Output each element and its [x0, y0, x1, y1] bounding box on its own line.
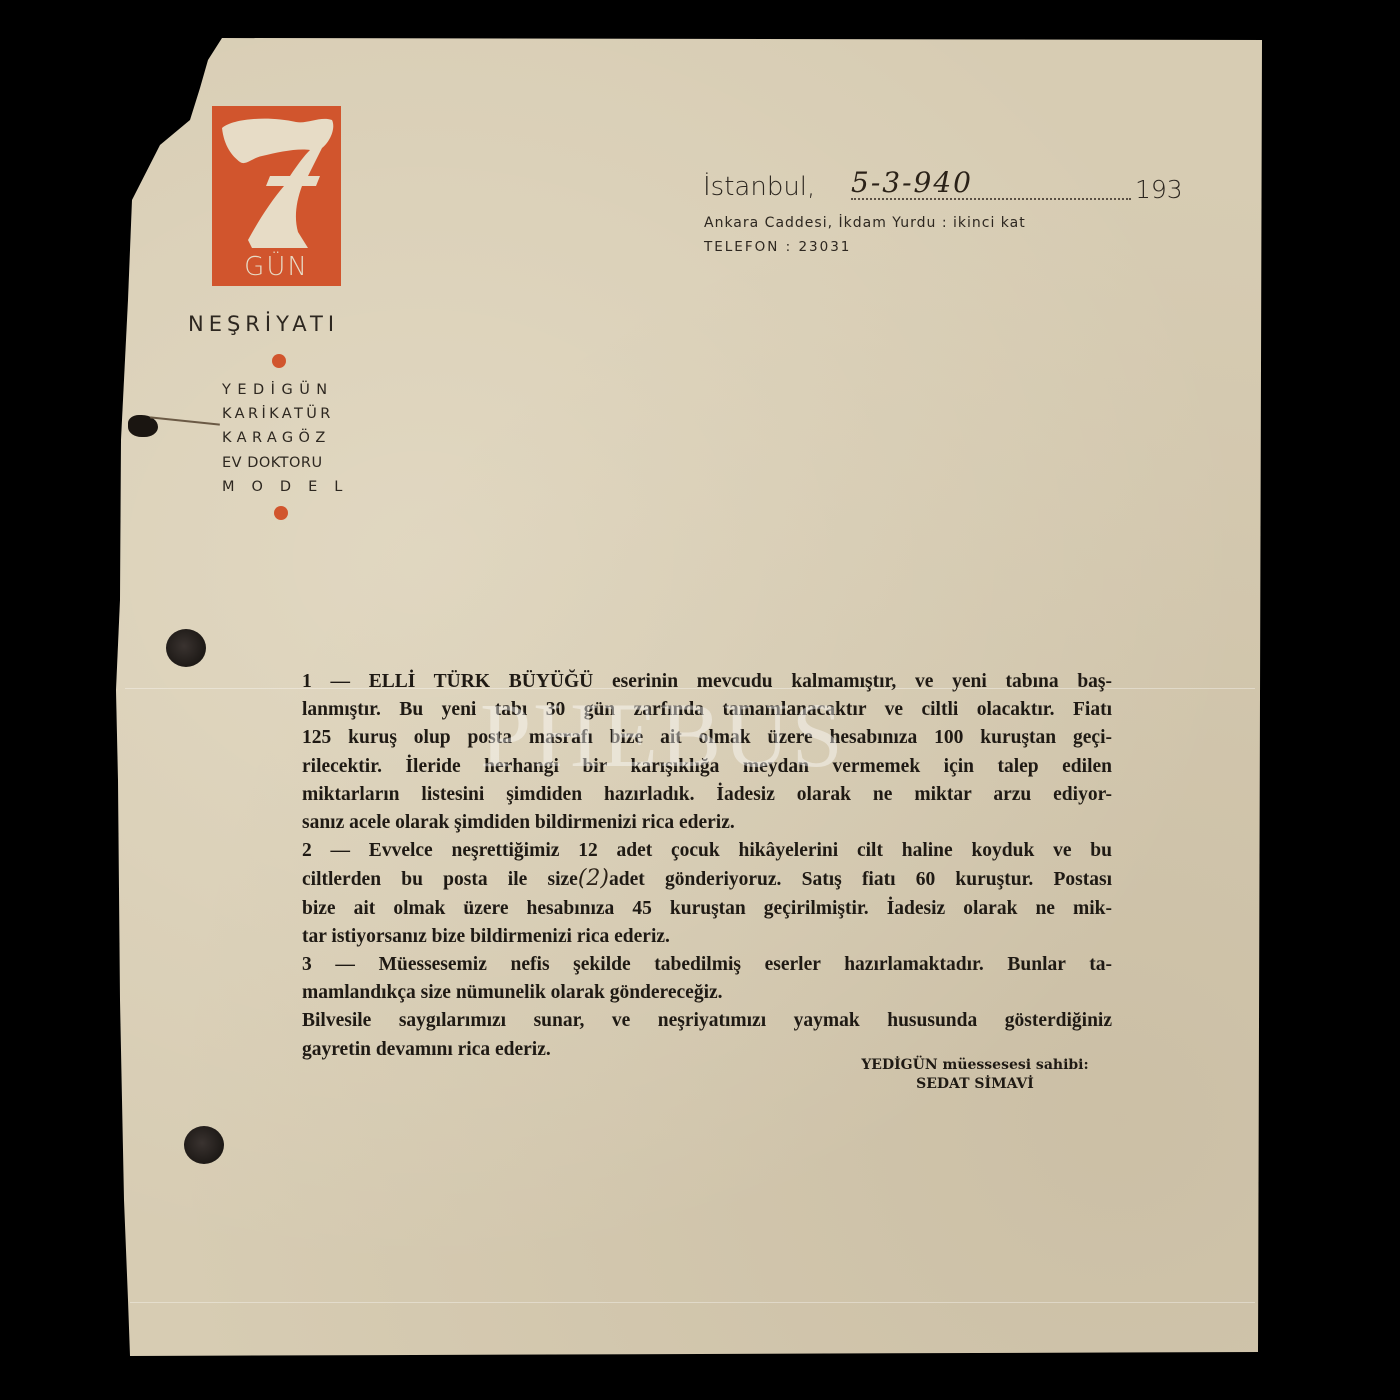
- letter-body: 1 — ELLİ TÜRK BÜYÜĞÜ eserinin mevcudu ka…: [302, 668, 1112, 1064]
- city-label: İstanbul,: [703, 172, 815, 202]
- handwritten-date: 5-3-940: [851, 166, 973, 199]
- text-line: rilecektir. İleride herhangi bir karışık…: [302, 753, 1112, 781]
- paragraph-2: 2 — Evvelce neşrettiğimiz 12 adet çocuk …: [302, 837, 1112, 951]
- text-line: lanmıştır. Bu yeni tabı 30 gün zarfında …: [302, 696, 1112, 724]
- text-line: Bilvesile saygılarımızı sunar, ve neşriy…: [302, 1007, 1112, 1035]
- signature-block: YEDİGÜN müessesesi sahibi: SEDAT SİMAVİ: [820, 1056, 1130, 1094]
- publication-item: YEDİGÜN: [222, 378, 357, 402]
- fold-crease: [130, 1302, 1255, 1303]
- seven-numeral-icon: [212, 106, 341, 256]
- phone: TELEFON : 23031: [704, 239, 851, 255]
- signature-name: SEDAT SİMAVİ: [820, 1075, 1130, 1094]
- publication-item: MODEL: [222, 475, 357, 499]
- publication-list: YEDİGÜN KARİKATÜR KARAGÖZ EV DOKTORU MOD…: [222, 378, 357, 499]
- text-line: sanız acele olarak şimdiden bildirmenizi…: [302, 809, 1112, 837]
- punch-hole: [184, 1126, 224, 1164]
- text-line: tar istiyorsanız bize bildirmenizi rica …: [302, 923, 1112, 951]
- text-line: 125 kuruş olup posta masrafı bize ait ol…: [302, 724, 1112, 752]
- text-line: 1 — ELLİ TÜRK BÜYÜĞÜ eserinin mevcudu ka…: [302, 668, 1112, 696]
- text-line: mamlandıkça size nümunelik olarak gönder…: [302, 979, 1112, 1007]
- bullet-dot-icon: [274, 506, 288, 520]
- paragraph-1: 1 — ELLİ TÜRK BÜYÜĞÜ eserinin mevcudu ka…: [302, 668, 1112, 837]
- logo-7gun: GÜN: [212, 106, 341, 286]
- publication-item: KARAGÖZ: [222, 426, 357, 450]
- publication-item: EV DOKTORU: [222, 451, 357, 475]
- text-line: 2 — Evvelce neşrettiğimiz 12 adet çocuk …: [302, 837, 1112, 865]
- date-line: İstanbul, 5-3-940 193: [703, 172, 1193, 208]
- address: Ankara Caddesi, İkdam Yurdu : ikinci kat: [704, 215, 1026, 231]
- signature-title: YEDİGÜN müessesesi sahibi:: [820, 1056, 1130, 1075]
- text-fragment: ciltlerden bu posta ile size: [302, 869, 578, 890]
- publication-item: KARİKATÜR: [222, 402, 357, 426]
- brand-name: NEŞRİYATI: [188, 312, 339, 336]
- handwritten-quantity: (2): [578, 866, 609, 891]
- logo-word: GÜN: [212, 252, 341, 282]
- bullet-dot-icon: [272, 354, 286, 368]
- year-prefix: 193: [1135, 175, 1183, 204]
- text-line: bize ait olmak üzere hesabınıza 45 kuruş…: [302, 895, 1112, 923]
- text-line: 3 — Müessesemiz nefis şekilde tabedilmiş…: [302, 951, 1112, 979]
- text-line: miktarların listesini şimdiden hazırladı…: [302, 781, 1112, 809]
- text-fragment: adet gönderiyoruz. Satış fiatı 60 kuruşt…: [609, 869, 1112, 890]
- text-line: ciltlerden bu posta ile size(2)adet gönd…: [302, 865, 1112, 894]
- punch-hole: [166, 629, 206, 667]
- paragraph-3: 3 — Müessesemiz nefis şekilde tabedilmiş…: [302, 951, 1112, 1007]
